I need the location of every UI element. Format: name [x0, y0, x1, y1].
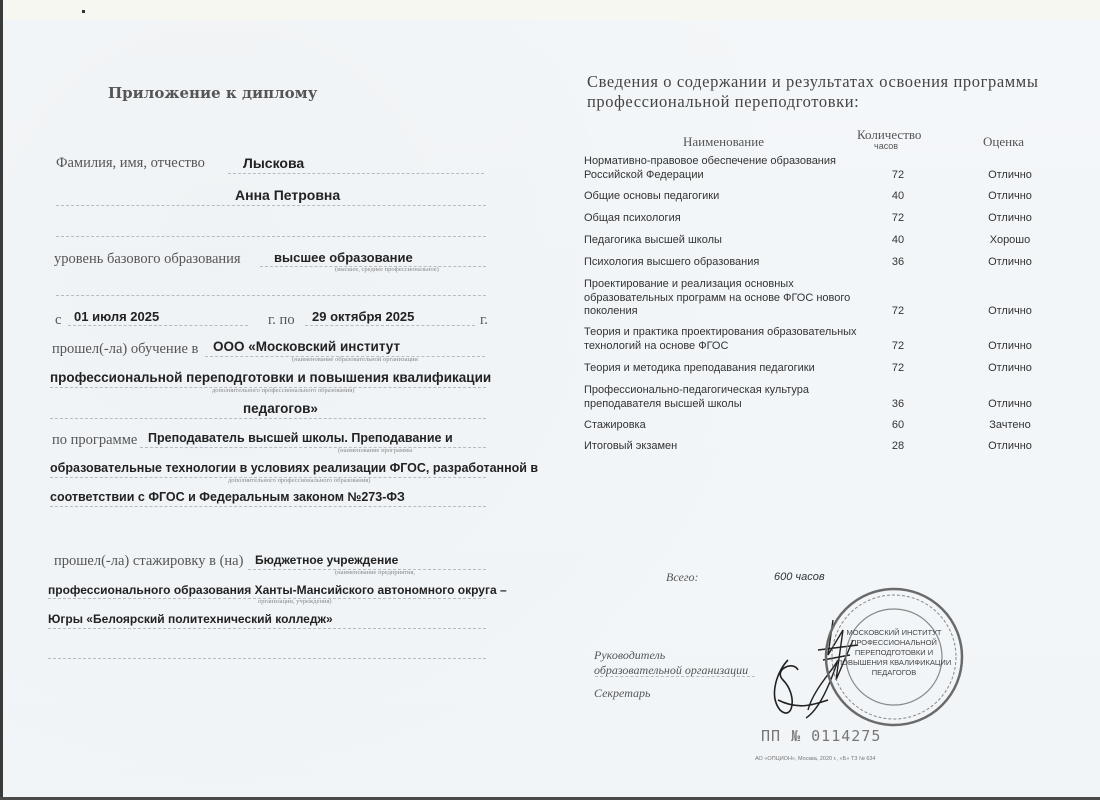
org-caption-2: дополнительного профессионального образо… — [212, 387, 354, 394]
scan-top-strip — [0, 0, 1100, 20]
printer-note: АО «ОПЦИОН», Москва, 2020 г., «Б» ТЗ № 6… — [755, 756, 876, 762]
table-row-grade: Отлично — [975, 190, 1045, 202]
table-row-name: Теория и практика проектирования образов… — [584, 326, 884, 353]
period-from-line — [68, 325, 248, 326]
blank-line-2 — [56, 295, 486, 296]
head-label-line-2: образовательной организации — [594, 663, 748, 677]
period-from-label: с — [55, 312, 61, 329]
internship-caption-1: (наименование предприятия, — [335, 569, 415, 576]
col-header-grade: Оценка — [983, 134, 1024, 150]
org-line-3: педагогов» — [243, 401, 318, 416]
blank-line — [56, 236, 486, 237]
head-label: Руководитель образовательной организации — [594, 648, 748, 678]
table-row-grade: Отлично — [975, 340, 1045, 352]
secretary-label: Секретарь — [594, 686, 650, 701]
program-line-1: Преподаватель высшей школы. Преподавание… — [148, 431, 453, 445]
internship-line-3: Югры «Белоярский политехнический колледж… — [48, 612, 333, 626]
fio-label: Фамилия, имя, отчество — [56, 155, 205, 172]
internship-caption-2: организации, учреждения) — [258, 598, 332, 605]
program-label: по программе — [52, 432, 137, 449]
program-line-2: образовательные технологии в условиях ре… — [50, 461, 538, 475]
period-from-value: 01 июля 2025 — [74, 309, 159, 324]
official-seal-icon: МОСКОВСКИЙ ИНСТИТУТПРОФЕССИОНАЛЬНОЙПЕРЕП… — [812, 583, 972, 733]
table-row-name: Общие основы педагогики — [584, 190, 884, 204]
table-row-grade: Хорошо — [975, 234, 1045, 246]
org-line-1: ООО «Московский институт — [213, 339, 400, 354]
results-title: Сведения о содержании и результатах осво… — [587, 72, 1057, 112]
education-level-value: высшее образование — [274, 250, 413, 265]
table-row-hours: 60 — [883, 419, 913, 431]
scan-edge-left — [0, 0, 3, 800]
table-row-hours: 72 — [883, 212, 913, 224]
table-row-hours: 36 — [883, 256, 913, 268]
table-row-name: Психология высшего образования — [584, 256, 884, 270]
table-row-grade: Отлично — [975, 212, 1045, 224]
org-line-3-rule — [50, 418, 486, 419]
table-row-grade: Отлично — [975, 398, 1045, 410]
trained-at-label: прошел(-ла) обучение в — [52, 341, 198, 358]
table-row-hours: 40 — [883, 190, 913, 202]
table-row-name: Итоговый экзамен — [584, 440, 884, 454]
table-row-name: Теория и методика преподавания педагогик… — [584, 362, 884, 376]
table-row-name: Общая психология — [584, 212, 884, 226]
table-row-hours: 72 — [883, 169, 913, 181]
serial-number: ПП № 0114275 — [761, 727, 881, 745]
table-row-grade: Зачтено — [975, 419, 1045, 431]
appendix-title: Приложение к диплому — [108, 84, 317, 102]
blank-line-3 — [48, 658, 486, 659]
table-row-grade: Отлично — [975, 362, 1045, 374]
program-line-3-rule — [50, 506, 486, 507]
program-caption-2: дополнительного профессионального образо… — [228, 477, 370, 484]
table-row-name: Проектирование и реализация основных обр… — [584, 278, 866, 319]
given-names-value: Анна Петровна — [235, 187, 340, 203]
head-signature-line — [595, 676, 755, 677]
table-row-name: Педагогика высшей школы — [584, 234, 884, 248]
period-to-line — [305, 325, 475, 326]
table-row-hours: 72 — [883, 305, 913, 317]
table-row-grade: Отлично — [975, 440, 1045, 452]
fio-line-2 — [56, 205, 486, 206]
table-row-name: Стажировка — [584, 419, 884, 433]
table-row-hours: 72 — [883, 362, 913, 374]
org-caption-1: (наименование образовательной организаци… — [292, 356, 418, 363]
surname-value: Лыскова — [243, 155, 304, 171]
period-to-label: г. по — [268, 312, 295, 329]
col-header-name: Наименование — [683, 134, 764, 150]
scan-speck — [82, 10, 85, 13]
internship-line-2: профессионального образования Ханты-Манс… — [48, 583, 507, 597]
table-row-name: Профессионально-педагогическая культура … — [584, 384, 884, 411]
table-row-grade: Отлично — [975, 169, 1045, 181]
internship-line-1: Бюджетное учреждение — [255, 553, 398, 567]
table-row-hours: 36 — [883, 398, 913, 410]
head-label-line-1: Руководитель — [594, 648, 665, 662]
col-header-hours-unit: часов — [874, 141, 898, 151]
table-row-grade: Отлично — [975, 256, 1045, 268]
svg-text:МОСКОВСКИЙ ИНСТИТУТПРОФЕССИОНА: МОСКОВСКИЙ ИНСТИТУТПРОФЕССИОНАЛЬНОЙПЕРЕП… — [837, 628, 951, 677]
program-line-3: соответствии с ФГОС и Федеральным законо… — [50, 490, 405, 504]
table-row-grade: Отлично — [975, 305, 1045, 317]
table-row-hours: 28 — [883, 440, 913, 452]
org-line-2: профессиональной переподготовки и повыше… — [50, 370, 491, 385]
education-level-label: уровень базового образования — [54, 251, 241, 268]
education-level-caption: (высшее, среднее профессиональное) — [335, 266, 439, 273]
table-row-hours: 40 — [883, 234, 913, 246]
program-caption-1: (наименование программы — [338, 447, 412, 454]
internship-line-3-rule — [48, 628, 486, 629]
internship-label: прошел(-ла) стажировку в (на) — [54, 553, 243, 570]
total-value: 600 часов — [774, 571, 825, 583]
period-year-suffix: г. — [480, 312, 488, 329]
table-row-name: Нормативно-правовое обеспечение образова… — [584, 155, 884, 182]
period-to-value: 29 октября 2025 — [312, 309, 414, 324]
fio-line-1 — [228, 173, 484, 174]
total-label: Всего: — [666, 570, 699, 585]
table-row-hours: 72 — [883, 340, 913, 352]
program-line-1-rule — [140, 447, 486, 448]
